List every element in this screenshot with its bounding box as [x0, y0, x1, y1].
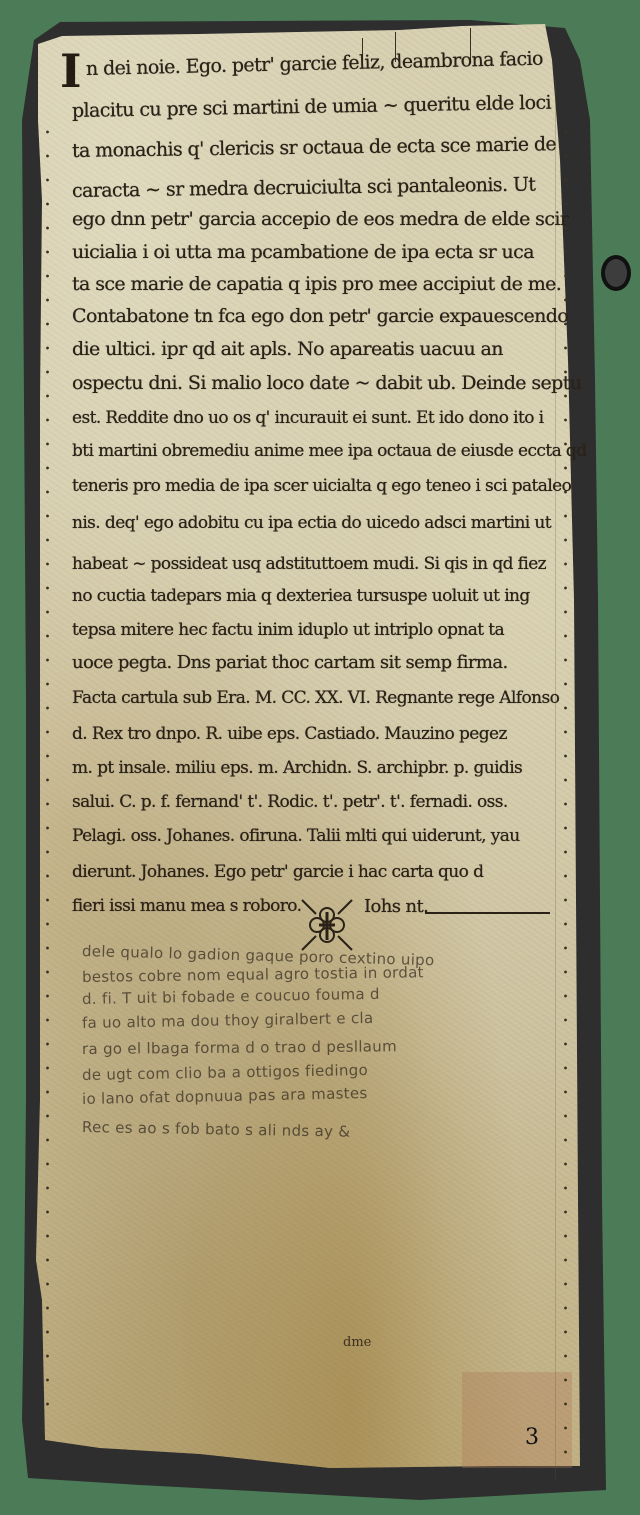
seal-hole	[601, 255, 631, 291]
text-line: salui. C. p. f. fernand' t'. Rodic. t'. …	[72, 792, 508, 812]
notary-rule	[425, 912, 550, 914]
bottom-note: dme	[343, 1335, 371, 1350]
text-line: Facta cartula sub Era. M. CC. XX. VI. Re…	[72, 688, 559, 708]
text-line: bti martini obremediu anime mee ipa octa…	[72, 441, 586, 461]
text-line: die ultici. ipr qd ait apls. No apareati…	[72, 338, 503, 360]
text-line: tepsa mitere hec factu inim iduplo ut in…	[72, 620, 504, 640]
text-line: fieri issi manu mea s roboro.	[72, 896, 301, 916]
text-line: m. pt insale. miliu eps. m. Archidn. S. …	[72, 758, 522, 778]
annotation-line: ra go el lbaga forma d o trao d pesllaum	[82, 1037, 397, 1058]
initial-letter: I	[60, 44, 82, 98]
text-line: teneris pro media de ipa scer uicialta q…	[72, 476, 571, 496]
pricking-left	[46, 120, 49, 1420]
text-line: Contabatone tn fca ego don petr' garcie …	[72, 305, 568, 327]
shelfmark-number: 3	[525, 1425, 539, 1450]
text-line: ta sce marie de capatia q ipis pro mee a…	[72, 273, 561, 295]
text-line: nis. deq' ego adobitu cu ipa ectia do ui…	[72, 513, 551, 533]
backdrop: I n dei noie. Ego. petr' garcie feliz, d…	[0, 0, 640, 1515]
notary-subscription: Iohs nt.	[364, 896, 428, 917]
text-line: uicialia i oi utta ma pcambatione de ipa…	[72, 241, 534, 263]
text-line: ospectu dni. Si malio loco date ~ dabit …	[72, 372, 581, 394]
text-line: est. Reddite dno uo os q' incurauit ei s…	[72, 408, 544, 428]
text-line: Pelagi. oss. Johanes. ofiruna. Talii mlt…	[72, 826, 520, 846]
text-line: dierunt. Johanes. Ego petr' garcie i hac…	[72, 862, 483, 882]
text-line: d. Rex tro dnpo. R. uibe eps. Castiado. …	[72, 724, 507, 744]
notarial-sign-icon	[300, 898, 354, 952]
text-line: uoce pegta. Dns pariat thoc cartam sit s…	[72, 652, 508, 673]
text-line: habeat ~ possideat usq adstituttoem mudi…	[72, 554, 546, 574]
text-line: no cuctia tadepars mia q dexteriea tursu…	[72, 586, 530, 606]
text-line: ego dnn petr' garcia accepio de eos medr…	[72, 208, 568, 230]
